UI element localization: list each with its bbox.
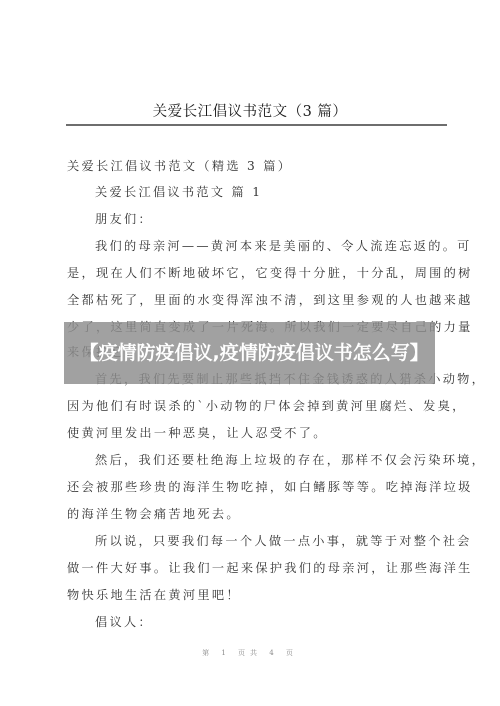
paragraph-line: 所以说，只要我们每一个人做一点小事，就等于对整个社会 [95, 532, 472, 549]
banner-title: 【疫情防疫倡议,疫情防疫倡议书怎么写】 [80, 341, 420, 365]
paragraph-line: 朋友们： [95, 210, 153, 227]
paragraph-line: 物快乐地生活在黄河里吧！ [67, 586, 241, 603]
title-overlay-banner[interactable]: 【疫情防疫倡议,疫情防疫倡议书怎么写】 [64, 322, 435, 384]
paragraph-line: 使黄河里发出一种恶臭，让人忍受不了。 [67, 424, 328, 441]
paragraph-line: 关爱长江倡议书范文（精选 3 篇） [67, 157, 292, 174]
page-number-footer: 第 1 页共 4 页 [0, 648, 500, 658]
paragraph-line: 还会被那些珍贵的海洋生物吃掉，如白鳍豚等等。吃掉海洋垃圾 [67, 478, 473, 495]
paragraph-line: 我们的母亲河——黄河本来是美丽的、令人流连忘返的。可 [95, 237, 472, 254]
paragraph-line: 的海洋生物会痛苦地死去。 [67, 505, 241, 522]
paragraph-line: 全都枯死了，里面的水变得浑浊不清，到这里参观的人也越来越 [67, 291, 473, 308]
paragraph-line: 然后，我们还要杜绝海上垃圾的存在，那样不仅会污染环境， [95, 451, 486, 468]
paragraph-line: 是，现在人们不断地破坏它，它变得十分脏，十分乱，周围的树 [67, 264, 473, 281]
document-title: 关爱长江倡议书范文（3 篇） [0, 100, 500, 121]
paragraph-line: 因为他们有时误杀的`小动物的尸体会掉到黄河里腐烂、发臭， [67, 397, 467, 414]
paragraph-line: 做一件大好事。让我们一起来保护我们的母亲河，让那些海洋生 [67, 559, 473, 576]
paragraph-line: 关爱长江倡议书范文 篇 1 [95, 183, 262, 200]
title-divider [66, 124, 447, 126]
paragraph-line: 倡议人： [95, 613, 153, 630]
